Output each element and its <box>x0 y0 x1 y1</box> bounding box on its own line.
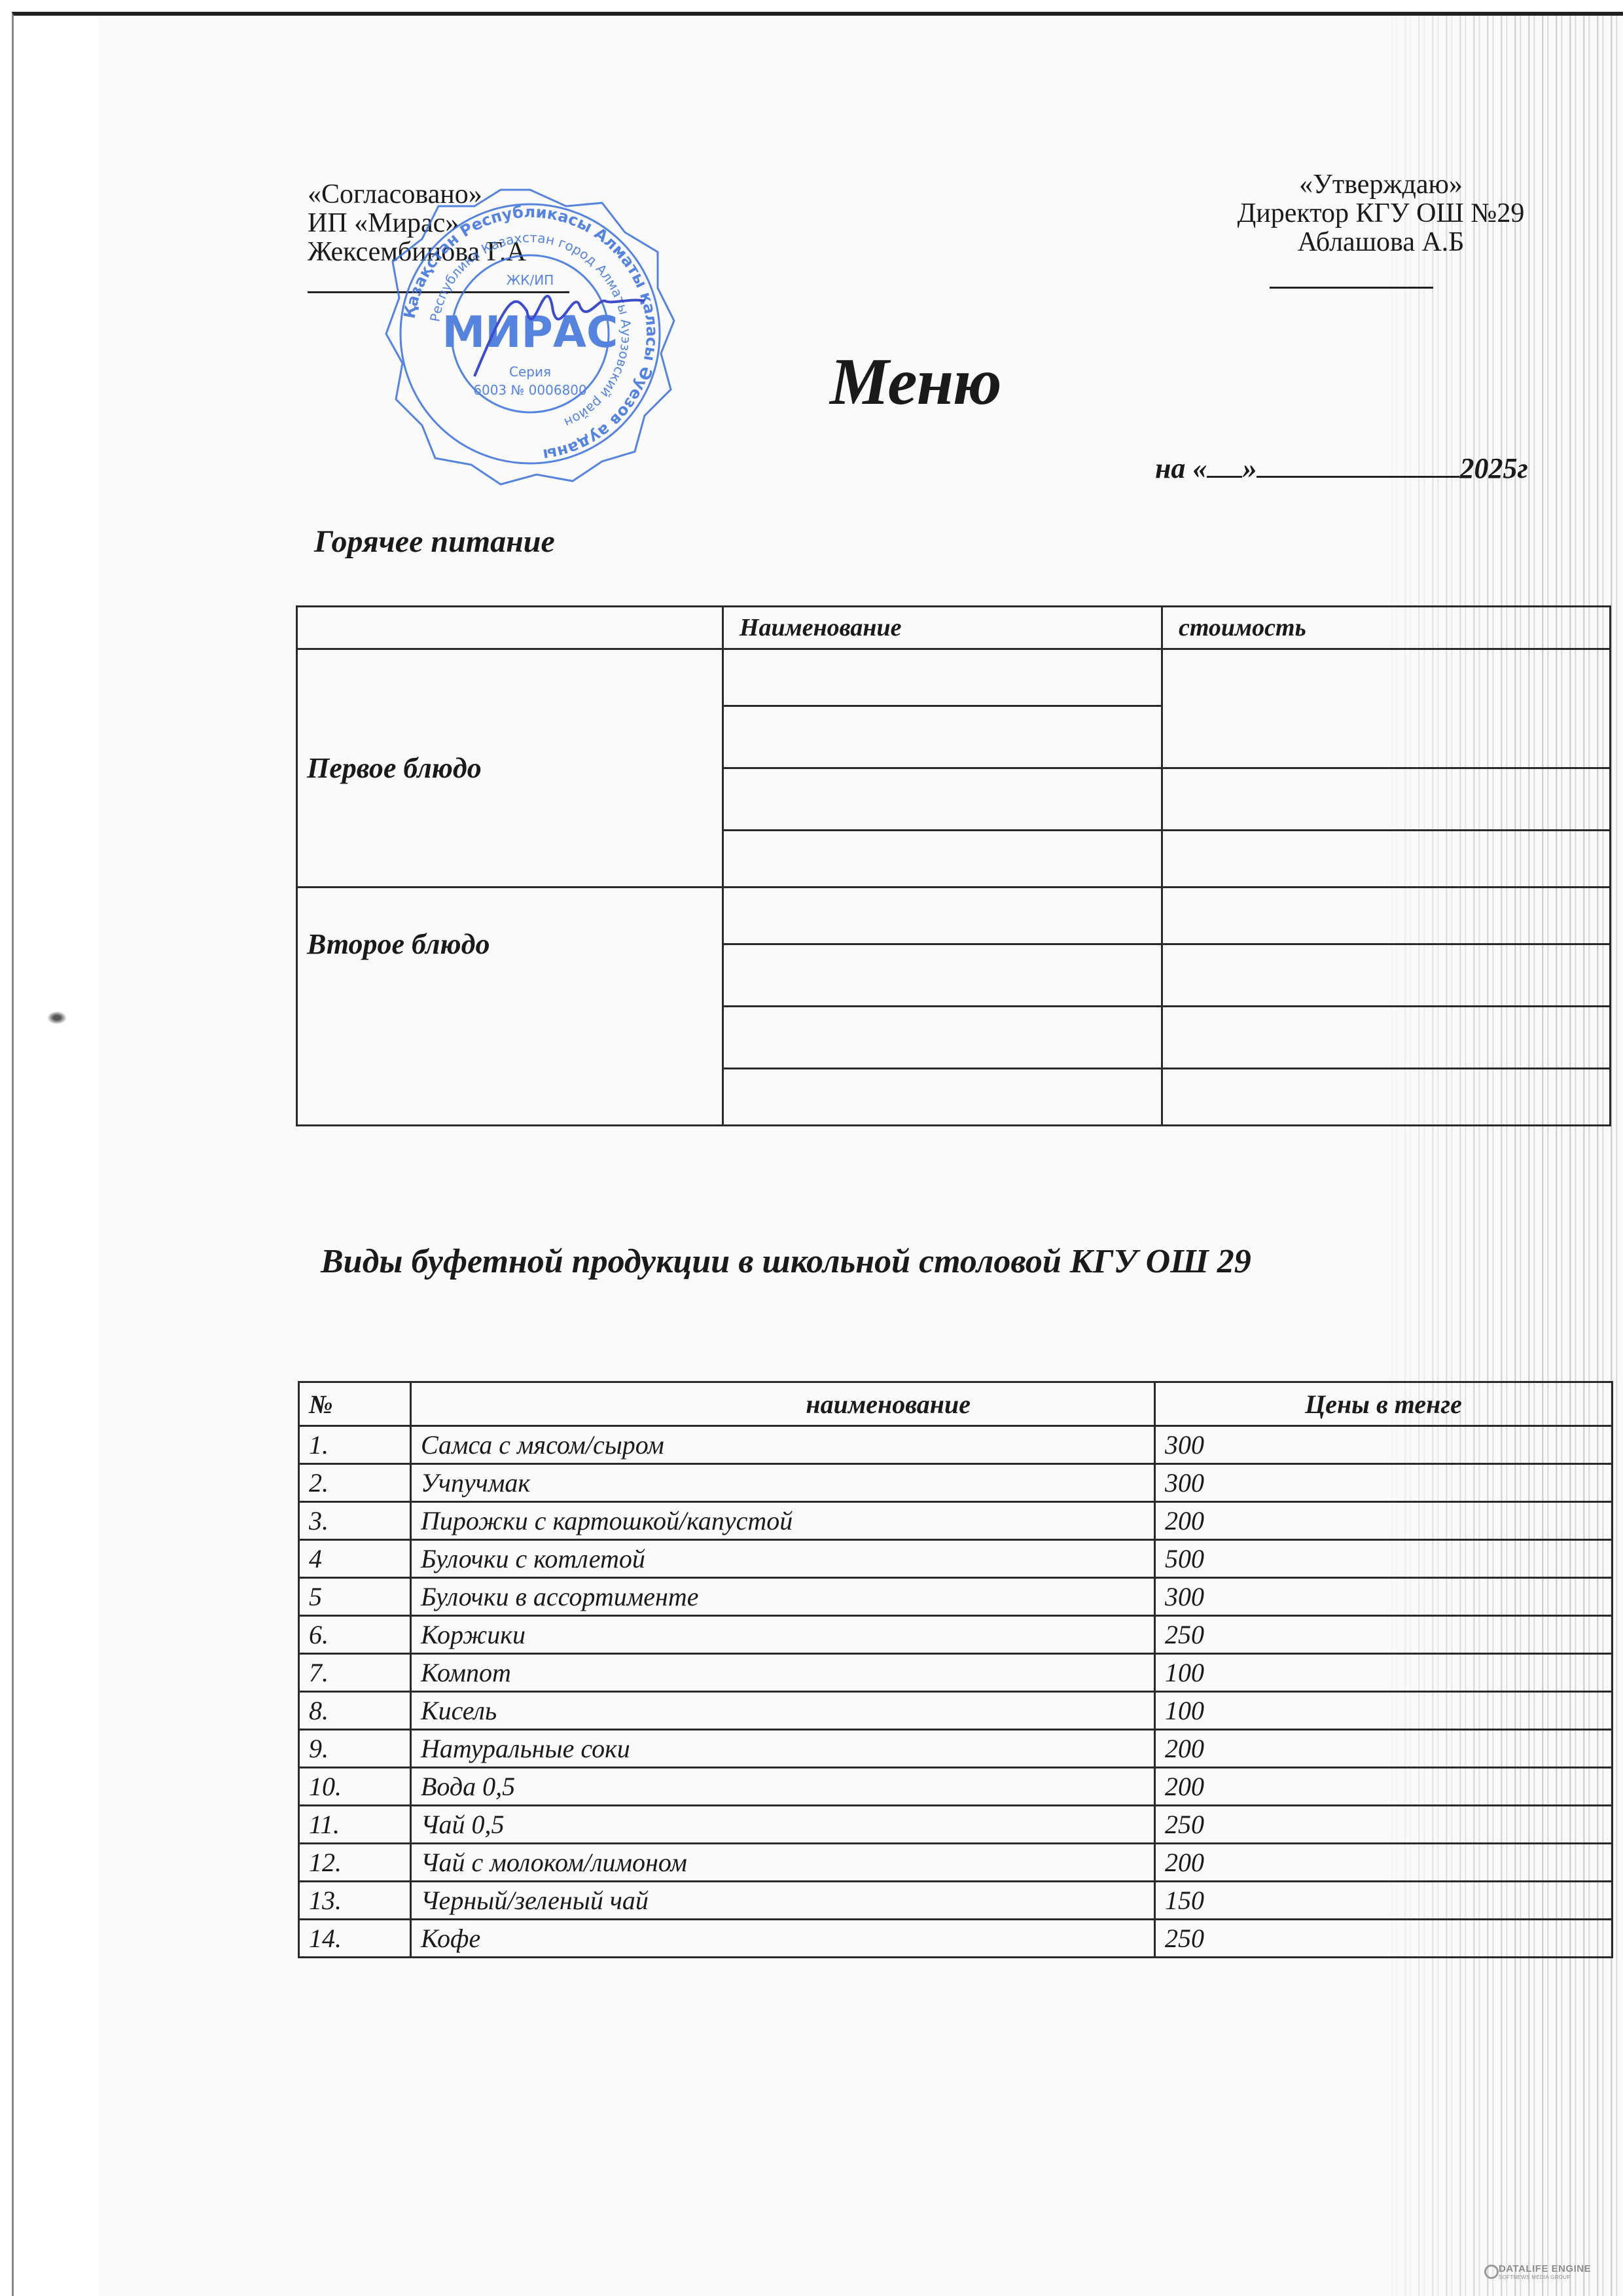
item-price-cell: 200 <box>1155 1768 1613 1806</box>
item-number-cell: 8. <box>299 1692 411 1730</box>
table-row: Второе блюдо <box>297 888 1611 944</box>
header-price-tenge: Цены в тенге <box>1155 1382 1613 1426</box>
day-blank <box>1207 476 1242 478</box>
item-name-cell: Булочки в ассортименте <box>411 1578 1155 1616</box>
table-row: 14.Кофе250 <box>299 1920 1613 1958</box>
item-price-cell: 200 <box>1155 1730 1613 1768</box>
buffet-table-body: 1.Самса с мясом/сыром3002.Учпучмак3003.П… <box>299 1426 1613 1958</box>
page-margin-strip <box>14 16 99 2296</box>
item-number-cell: 2. <box>299 1464 411 1502</box>
agreed-person: Жексембинова Г.А <box>308 238 569 266</box>
item-name-cell: Учпучмак <box>411 1464 1155 1502</box>
header-category <box>297 607 723 649</box>
month-blank <box>1257 476 1459 478</box>
table-row: Первое блюдо <box>297 649 1611 706</box>
dish-name-cell <box>723 768 1162 831</box>
date-prefix: на « <box>1155 452 1207 484</box>
datalife-logo-icon <box>1484 2265 1499 2279</box>
table-row: 9.Натуральные соки200 <box>299 1730 1613 1768</box>
item-name-cell: Чай 0,5 <box>411 1806 1155 1844</box>
dish-price-cell <box>1162 768 1611 831</box>
date-year: 2025г <box>1459 452 1527 484</box>
dish-name-cell <box>723 831 1162 888</box>
agreed-signature-line <box>308 291 569 293</box>
dish-name-cell <box>723 888 1162 944</box>
item-name-cell: Коржики <box>411 1616 1155 1654</box>
dish-price-cell <box>1162 944 1611 1007</box>
category-first-course: Первое блюдо <box>297 649 723 888</box>
header-number: № <box>299 1382 411 1426</box>
item-number-cell: 4 <box>299 1540 411 1578</box>
item-price-cell: 150 <box>1155 1882 1613 1920</box>
dish-price-cell <box>1162 831 1611 888</box>
header-item-name: наименование <box>411 1382 1155 1426</box>
date-line: на «»2025г <box>1155 452 1528 485</box>
item-number-cell: 7. <box>299 1654 411 1692</box>
item-name-cell: Кисель <box>411 1692 1155 1730</box>
item-number-cell: 13. <box>299 1882 411 1920</box>
item-price-cell: 300 <box>1155 1578 1613 1616</box>
item-name-cell: Натуральные соки <box>411 1730 1155 1768</box>
header-price: стоимость <box>1162 607 1611 649</box>
header-name: Наименование <box>723 607 1162 649</box>
watermark-subtitle: SOFTNEWS MEDIA GROUP <box>1499 2274 1591 2280</box>
date-mid: » <box>1242 452 1257 484</box>
table-row: 4Булочки с котлетой500 <box>299 1540 1613 1578</box>
item-name-cell: Компот <box>411 1654 1155 1692</box>
table-row: 7.Компот100 <box>299 1654 1613 1692</box>
item-number-cell: 12. <box>299 1844 411 1882</box>
item-number-cell: 10. <box>299 1768 411 1806</box>
item-number-cell: 6. <box>299 1616 411 1654</box>
dish-price-cell <box>1162 1007 1611 1069</box>
hot-meals-table: Наименование стоимость Первое блюдо Втор… <box>296 605 1611 1126</box>
approved-person: Аблашова А.Б <box>1230 228 1531 257</box>
item-number-cell: 1. <box>299 1426 411 1464</box>
item-price-cell: 250 <box>1155 1920 1613 1958</box>
approved-label: «Утверждаю» <box>1230 170 1531 199</box>
buffet-table: № наименование Цены в тенге 1.Самса с мя… <box>298 1381 1613 1958</box>
item-price-cell: 200 <box>1155 1844 1613 1882</box>
dish-name-cell <box>723 649 1162 706</box>
table-row: 5Булочки в ассортименте300 <box>299 1578 1613 1616</box>
dish-name-cell <box>723 1007 1162 1069</box>
item-name-cell: Самса с мясом/сыром <box>411 1426 1155 1464</box>
buffet-title: Виды буфетной продукции в школьной столо… <box>321 1242 1251 1281</box>
table-row: 3.Пирожки с картошкой/капустой200 <box>299 1502 1613 1540</box>
hot-meals-title: Горячее питание <box>314 524 555 560</box>
table-row: 12.Чай с молоком/лимоном200 <box>299 1844 1613 1882</box>
dish-name-cell <box>723 1069 1162 1126</box>
category-second-course: Второе блюдо <box>297 888 723 1126</box>
item-number-cell: 9. <box>299 1730 411 1768</box>
approved-signature-line <box>1270 287 1433 289</box>
item-number-cell: 14. <box>299 1920 411 1958</box>
dish-name-cell <box>723 706 1162 768</box>
table-row: 6.Коржики250 <box>299 1616 1613 1654</box>
item-price-cell: 300 <box>1155 1464 1613 1502</box>
item-name-cell: Булочки с котлетой <box>411 1540 1155 1578</box>
item-name-cell: Кофе <box>411 1920 1155 1958</box>
hot-meals-header-row: Наименование стоимость <box>297 607 1611 649</box>
approved-position: Директор КГУ ОШ №29 <box>1230 199 1531 228</box>
approval-block-agreed: «Согласовано» ИП «Мирас» Жексембинова Г.… <box>308 180 569 293</box>
agreed-organization: ИП «Мирас» <box>308 209 569 238</box>
item-price-cell: 250 <box>1155 1616 1613 1654</box>
item-price-cell: 300 <box>1155 1426 1613 1464</box>
item-price-cell: 500 <box>1155 1540 1613 1578</box>
item-number-cell: 5 <box>299 1578 411 1616</box>
item-number-cell: 3. <box>299 1502 411 1540</box>
item-name-cell: Чай с молоком/лимоном <box>411 1844 1155 1882</box>
dish-price-cell <box>1162 649 1611 768</box>
watermark: DATALIFE ENGINE SOFTNEWS MEDIA GROUP <box>1499 2263 1591 2280</box>
table-row: 1.Самса с мясом/сыром300 <box>299 1426 1613 1464</box>
table-row: 10.Вода 0,5200 <box>299 1768 1613 1806</box>
item-number-cell: 11. <box>299 1806 411 1844</box>
item-name-cell: Вода 0,5 <box>411 1768 1155 1806</box>
agreed-label: «Согласовано» <box>308 180 569 209</box>
document-title: Меню <box>830 344 1001 420</box>
item-name-cell: Пирожки с картошкой/капустой <box>411 1502 1155 1540</box>
item-price-cell: 250 <box>1155 1806 1613 1844</box>
item-price-cell: 100 <box>1155 1692 1613 1730</box>
dish-name-cell <box>723 944 1162 1007</box>
item-price-cell: 200 <box>1155 1502 1613 1540</box>
paper-smudge <box>47 1011 67 1024</box>
table-row: 13.Черный/зеленый чай150 <box>299 1882 1613 1920</box>
table-row: 11.Чай 0,5250 <box>299 1806 1613 1844</box>
watermark-name: DATALIFE ENGINE <box>1499 2263 1591 2274</box>
table-row: 8.Кисель100 <box>299 1692 1613 1730</box>
buffet-header-row: № наименование Цены в тенге <box>299 1382 1613 1426</box>
approval-block-approved: «Утверждаю» Директор КГУ ОШ №29 Аблашова… <box>1230 170 1531 289</box>
dish-price-cell <box>1162 1069 1611 1126</box>
item-price-cell: 100 <box>1155 1654 1613 1692</box>
dish-price-cell <box>1162 888 1611 944</box>
table-row: 2.Учпучмак300 <box>299 1464 1613 1502</box>
item-name-cell: Черный/зеленый чай <box>411 1882 1155 1920</box>
